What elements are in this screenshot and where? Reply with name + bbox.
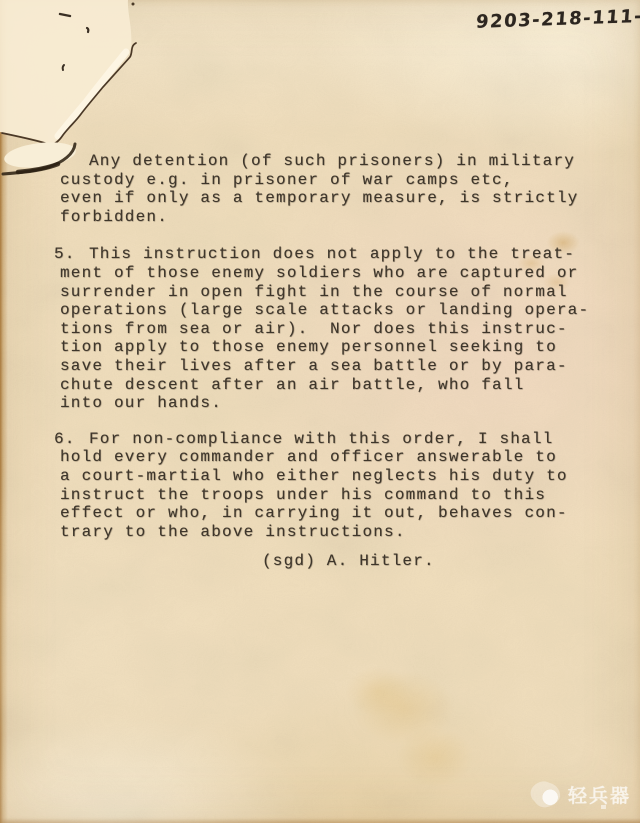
paragraph-6: 6. For non-compliance with this order, I… xyxy=(60,430,640,542)
paragraph-6-text: For non-compliance with this order, I sh… xyxy=(60,430,640,542)
paragraph-5: 5. This instruction does not apply to th… xyxy=(60,245,640,412)
watermark-small-mark xyxy=(601,805,606,809)
paper-speck xyxy=(87,28,88,32)
watermark-text: 轻兵器 xyxy=(568,781,631,808)
paper-speck xyxy=(60,14,70,16)
paper-speck xyxy=(132,3,135,6)
torn-corner-flap xyxy=(0,0,131,143)
paragraph-6-number: 6. xyxy=(54,430,76,449)
paragraph-5-text: This instruction does not apply to the t… xyxy=(60,245,640,412)
document-body: Any detention (of such prisoners) in mil… xyxy=(60,152,640,571)
signature-line: (sgd) A. Hitler. xyxy=(262,552,640,571)
paper-speck xyxy=(63,65,64,70)
watermark: 轻兵器 xyxy=(533,781,631,808)
document-page: 9203-218-111-3 Any detention (of such pr… xyxy=(0,0,640,823)
paragraph-intro: Any detention (of such prisoners) in mil… xyxy=(60,152,640,226)
tear-line xyxy=(2,43,136,144)
watermark-emblem-icon xyxy=(531,780,562,808)
archive-number: 9203-218-111-3 xyxy=(475,6,636,33)
paragraph-5-number: 5. xyxy=(54,245,76,264)
